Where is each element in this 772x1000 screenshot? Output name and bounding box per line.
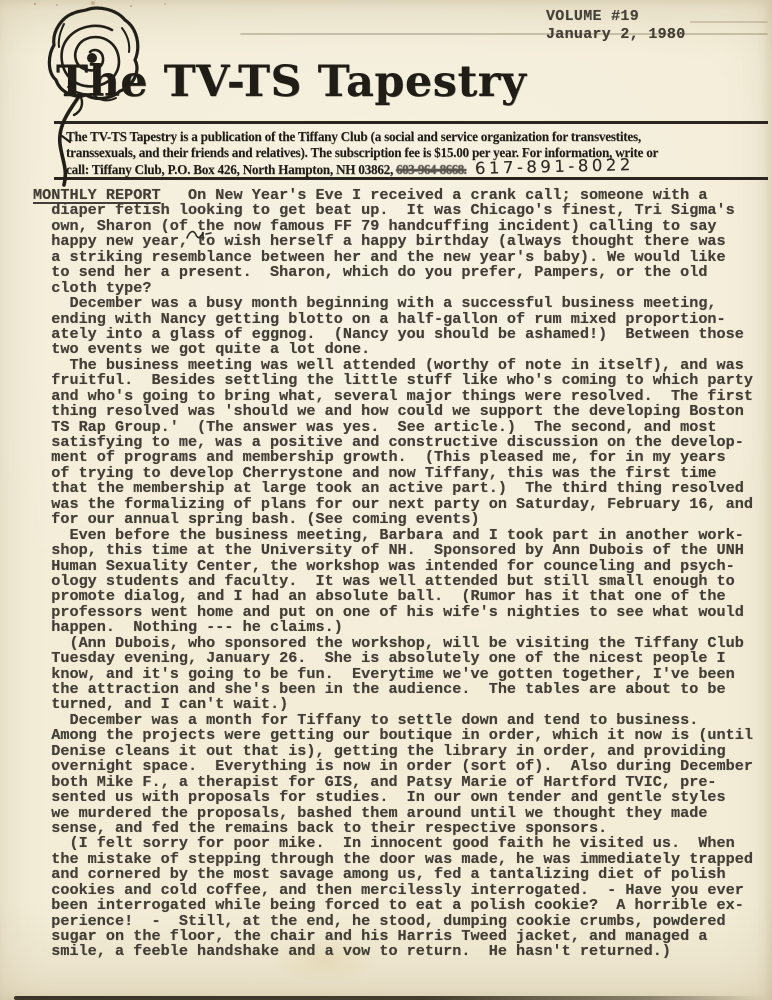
masthead-info-line-3: call: Tiffany Club, P.O. Box 426, North … (66, 161, 768, 178)
article-line: smile, a feeble handshake and a vow to r… (33, 944, 769, 959)
masthead-info-line-2: transsexuals, and their friends and rela… (66, 145, 768, 161)
volume-number: VOLUME #19 (546, 8, 686, 26)
masthead-box: The TV-TS Tapestry is a publication of t… (54, 121, 768, 180)
bleed-through-rule (690, 21, 768, 23)
article-lines: diaper fetish looking to get beat up. It… (33, 203, 769, 959)
masthead-info-line-1: The TV-TS Tapestry is a publication of t… (66, 129, 768, 145)
old-phone-strikethrough: 603-964-8668. (396, 162, 466, 177)
bleed-through-rule (240, 33, 768, 35)
scan-edge-line (14, 996, 758, 1000)
handwritten-insertion-mark (185, 227, 213, 247)
issue-date: January 2, 1980 (546, 26, 686, 44)
rose-icon (24, 2, 156, 193)
issue-info: VOLUME #19 January 2, 1980 (546, 8, 686, 43)
handwritten-phone-number: 617-891-8022 (475, 157, 634, 177)
monthly-report-article: MONTHLY REPORT On New Year's Eve I recei… (33, 188, 769, 960)
newsletter-page: VOLUME #19 January 2, 1980 The TV-TS Tap… (0, 0, 772, 1000)
